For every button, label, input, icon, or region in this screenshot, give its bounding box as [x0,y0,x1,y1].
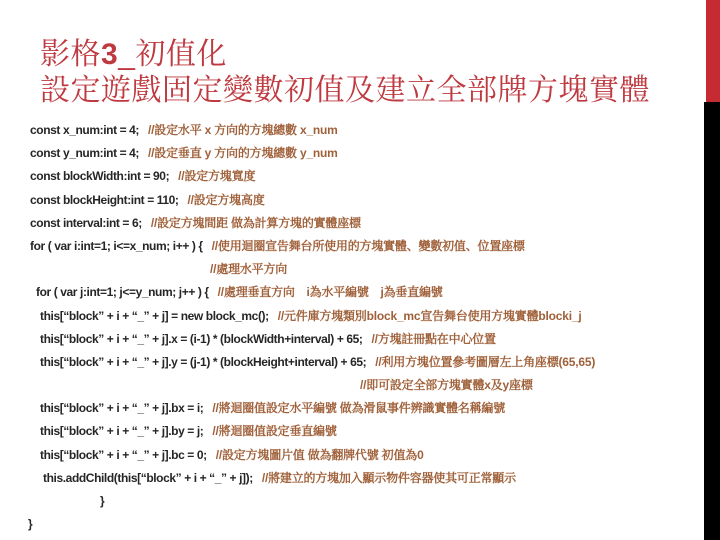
code-text: for ( var j:int=1; j<=y_num; j++ ) { [36,285,209,299]
code-line: const blockWidth:int = 90;//設定方塊寬度 [0,165,704,188]
code-text: const blockWidth:int = 90; [30,169,169,183]
comment-text: //利用方塊位置參考圖層左上角座標(65,65) [375,355,595,369]
code-text: this[“block” + i + “_” + j].bx = i; [40,401,203,415]
code-text: } [28,517,32,531]
comment-text: //將迴圈值設定垂直編號 [212,424,336,438]
comment-text: //設定方塊間距 做為計算方塊的實體座標 [151,216,361,230]
code-line: //即可設定全部方塊實體x及y座標 [0,374,704,397]
code-line: //處理水平方向 [0,258,704,281]
comment-text: //方塊註冊點在中心位置 [372,332,496,346]
comment-text: //處理水平方向 [210,262,287,276]
code-text: const blockHeight:int = 110; [30,193,179,207]
code-line: for ( var j:int=1; j<=y_num; j++ ) {//處理… [0,281,704,304]
code-line: this[“block” + i + “_” + j] = new block_… [0,305,704,328]
code-line: } [0,490,704,513]
code-line: this[“block” + i + “_” + j].x = (i-1) * … [0,328,704,351]
comment-text: //使用迴圈宣告舞台所使用的方塊實體、變數初值、位置座標 [212,239,525,253]
code-line: this[“block” + i + “_” + j].y = (j-1) * … [0,351,704,374]
title-part2: _初值化 [118,38,227,71]
code-text: this[“block” + i + “_” + j].y = (j-1) * … [40,355,366,369]
comment-text: //設定方塊圖片值 做為翻牌代號 初值為0 [216,448,424,462]
comment-text: //元件庫方塊類別block_mc宣告舞台使用方塊實體blocki_j [278,309,582,323]
comment-text: //設定方塊高度 [188,193,265,207]
presentation-slide: 影格3_初值化 設定遊戲固定變數初值及建立全部牌方塊實體 const x_num… [0,0,720,540]
comment-text: //設定方塊寬度 [178,169,255,183]
comment-text: //設定垂直 y 方向的方塊總數 y_num [148,146,338,160]
code-text: for ( var i:int=1; i<=x_num; i++ ) { [30,239,203,253]
code-text: const x_num:int = 4; [30,123,139,137]
code-text: this.addChild(this[“block” + i + “_” + j… [43,471,253,485]
title-frame-number: 3 [101,38,118,71]
title-part1: 影格 [40,38,101,71]
code-line: const blockHeight:int = 110;//設定方塊高度 [0,189,704,212]
comment-text: //將建立的方塊加入顯示物件容器使其可正常顯示 [262,471,516,485]
code-text: const interval:int = 6; [30,216,142,230]
code-line: const x_num:int = 4;//設定水平 x 方向的方塊總數 x_n… [0,119,704,142]
code-line: this[“block” + i + “_” + j].bc = 0;//設定方… [0,444,704,467]
code-line: this[“block” + i + “_” + j].bx = i;//將迴圈… [0,397,704,420]
code-text: this[“block” + i + “_” + j] = new block_… [40,309,269,323]
code-text: this[“block” + i + “_” + j].bc = 0; [40,448,207,462]
slide-title-line2: 設定遊戲固定變數初值及建立全部牌方塊實體 [40,73,650,109]
code-line: const y_num:int = 4;//設定垂直 y 方向的方塊總數 y_n… [0,142,704,165]
accent-bar-black [704,102,720,540]
comment-text: //處理垂直方向 i為水平編號 j為垂直編號 [218,285,443,299]
code-text: this[“block” + i + “_” + j].x = (i-1) * … [40,332,363,346]
code-text: const y_num:int = 4; [30,146,139,160]
code-line: this[“block” + i + “_” + j].by = j;//將迴圈… [0,420,704,443]
code-block: const x_num:int = 4;//設定水平 x 方向的方塊總數 x_n… [0,119,704,536]
code-text: this[“block” + i + “_” + j].by = j; [40,424,203,438]
slide-title-line1: 影格3_初值化 [40,37,650,73]
code-text: } [100,494,104,508]
comment-text: //即可設定全部方塊實體x及y座標 [360,378,533,392]
comment-text: //設定水平 x 方向的方塊總數 x_num [148,123,338,137]
code-line: const interval:int = 6;//設定方塊間距 做為計算方塊的實… [0,212,704,235]
slide-title: 影格3_初值化 設定遊戲固定變數初值及建立全部牌方塊實體 [40,37,650,109]
accent-bar-red [706,0,720,102]
code-line: this.addChild(this[“block” + i + “_” + j… [0,467,704,490]
comment-text: //將迴圈值設定水平編號 做為滑鼠事件辨識實體名稱編號 [212,401,505,415]
code-line: } [0,513,704,536]
code-line: for ( var i:int=1; i<=x_num; i++ ) {//使用… [0,235,704,258]
